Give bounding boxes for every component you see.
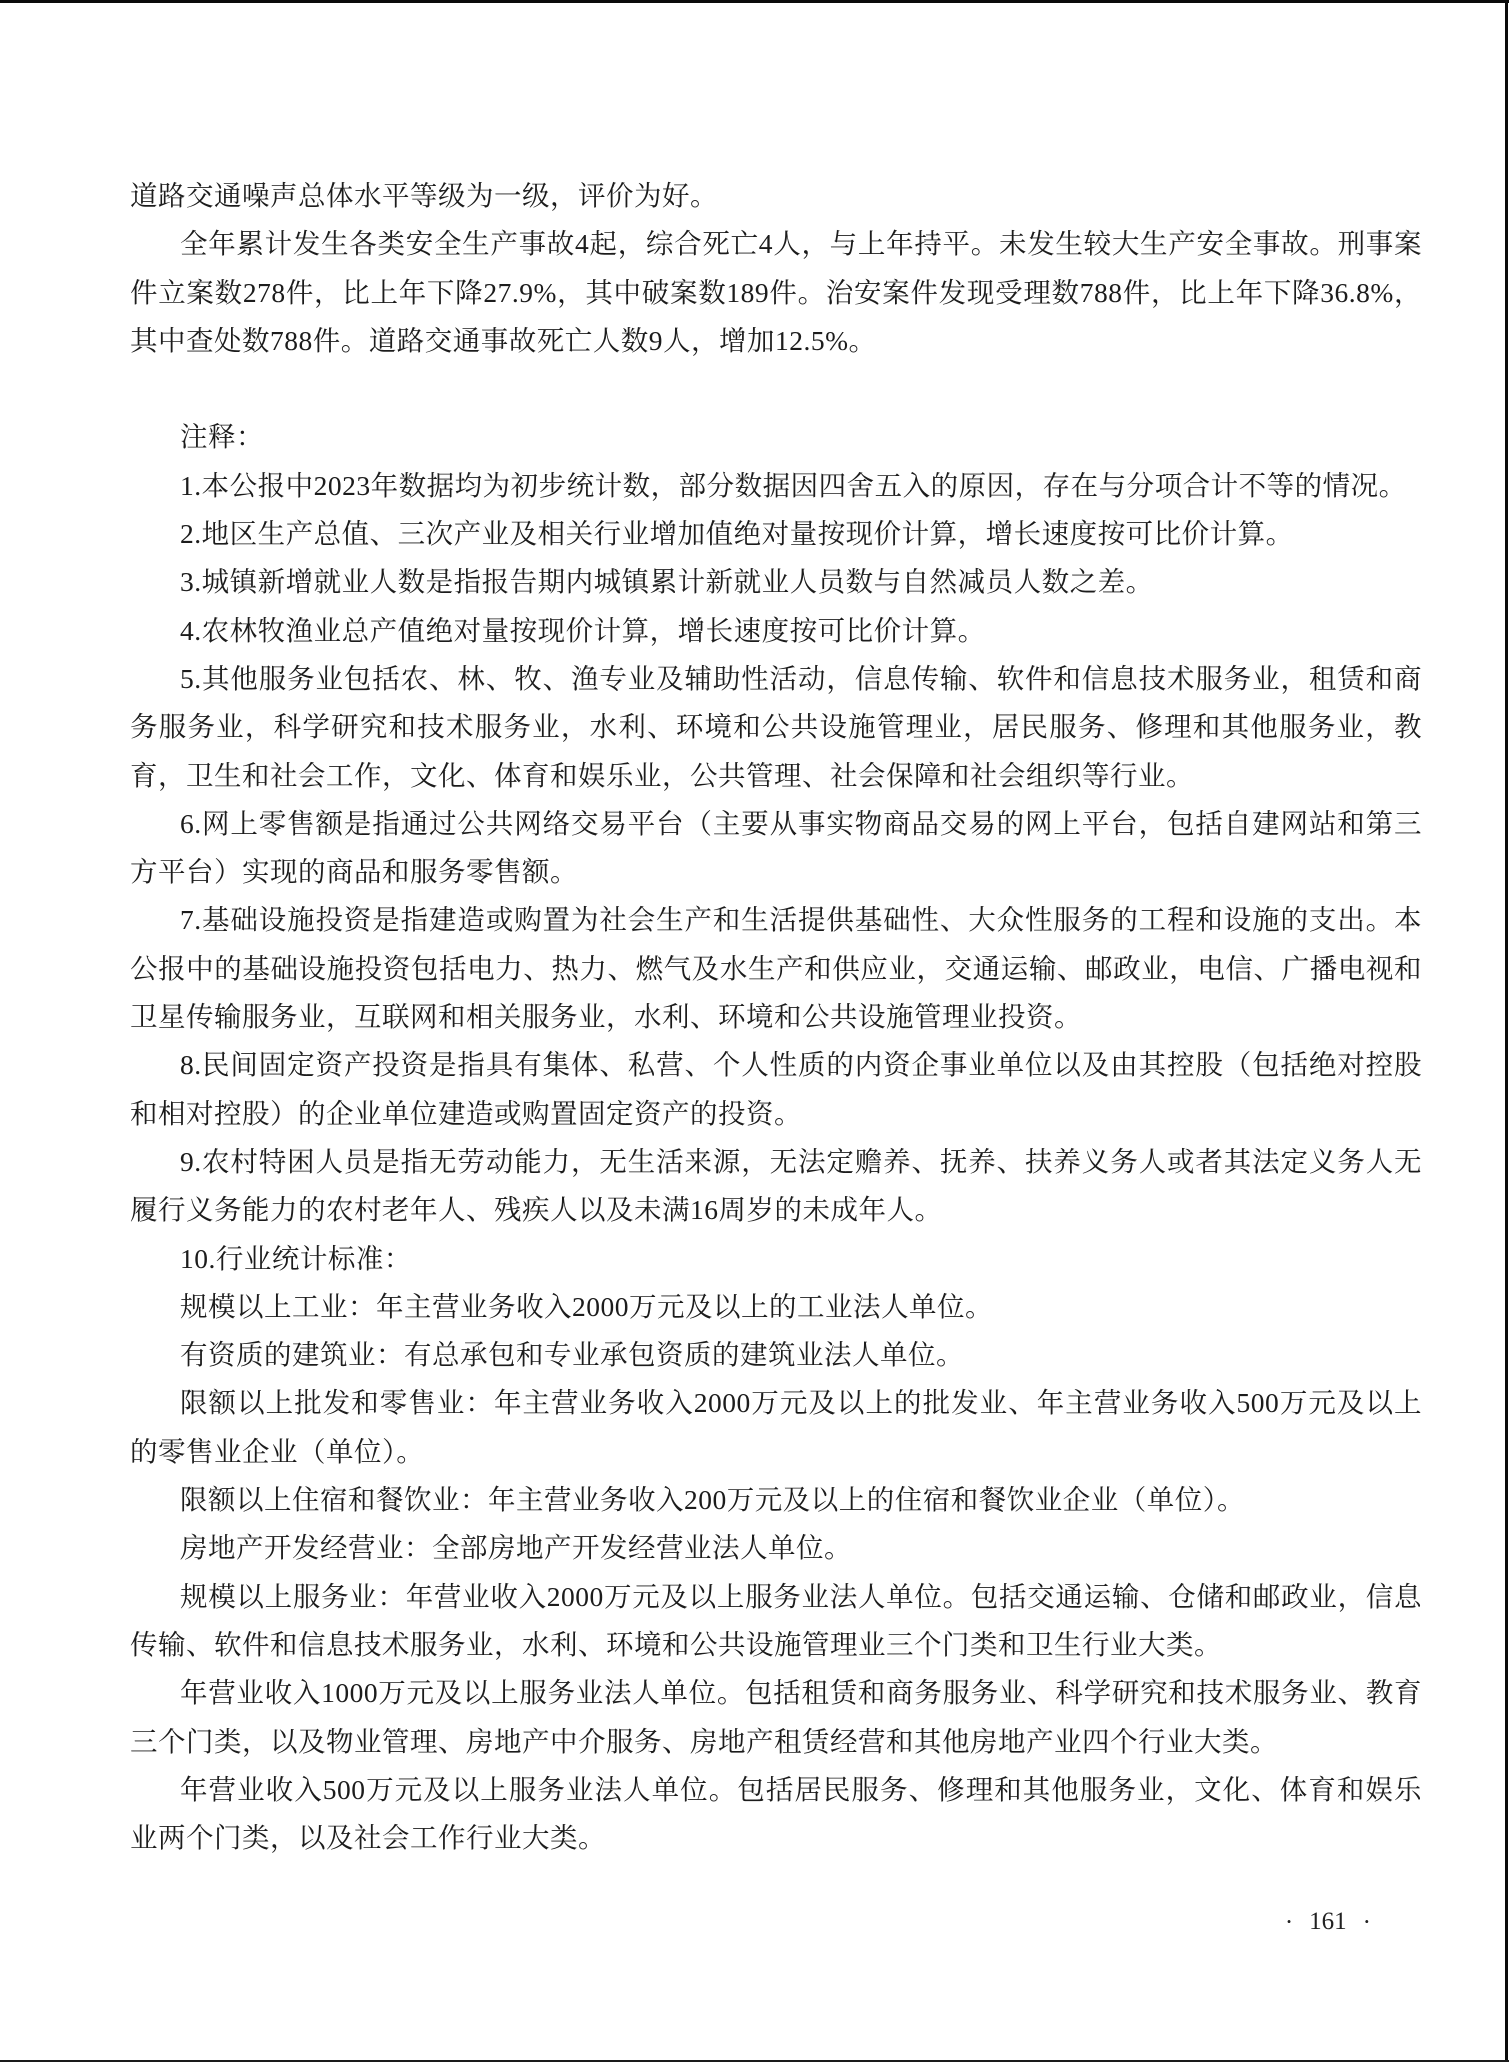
note-10-sub-wholesale: 限额以上批发和零售业：年主营业务收入2000万元及以上的批发业、年主营业务收入5… [130, 1379, 1422, 1476]
note-2: 2.地区生产总值、三次产业及相关行业增加值绝对量按现价计算，增长速度按可比价计算… [130, 510, 1422, 558]
note-10-sub-realestate: 房地产开发经营业：全部房地产开发经营业法人单位。 [130, 1524, 1422, 1572]
footer-left-dot: · [1285, 1910, 1293, 1935]
page-body: 道路交通噪声总体水平等级为一级，评价为好。 全年累计发生各类安全生产事故4起，综… [130, 172, 1422, 1862]
footer-right-dot: · [1363, 1910, 1371, 1935]
note-8: 8.民间固定资产投资是指具有集体、私营、个人性质的内资企事业单位以及由其控股（包… [130, 1041, 1422, 1138]
note-10-sub-industry: 规模以上工业：年主营业务收入2000万元及以上的工业法人单位。 [130, 1283, 1422, 1331]
page-number: 161 [1309, 1908, 1347, 1936]
note-6: 6.网上零售额是指通过公共网络交易平台（主要从事实物商品交易的网上平台，包括自建… [130, 800, 1422, 897]
note-9: 9.农村特困人员是指无劳动能力，无生活来源，无法定赡养、抚养、扶养义务人或者其法… [130, 1138, 1422, 1235]
note-1: 1.本公报中2023年数据均为初步统计数，部分数据因四舍五入的原因，存在与分项合… [130, 462, 1422, 510]
note-10-sub-service-1000: 年营业收入1000万元及以上服务业法人单位。包括租赁和商务服务业、科学研究和技术… [130, 1669, 1422, 1766]
note-10-sub-construction: 有资质的建筑业：有总承包和专业承包资质的建筑业法人单位。 [130, 1331, 1422, 1379]
note-10-sub-service-2000: 规模以上服务业：年营业收入2000万元及以上服务业法人单位。包括交通运输、仓储和… [130, 1573, 1422, 1670]
para-safety-accidents: 全年累计发生各类安全生产事故4起，综合死亡4人，与上年持平。未发生较大生产安全事… [130, 220, 1422, 365]
note-10-sub-service-500: 年营业收入500万元及以上服务业法人单位。包括居民服务、修理和其他服务业，文化、… [130, 1766, 1422, 1863]
note-10: 10.行业统计标准： [130, 1235, 1422, 1283]
notes-title: 注释： [130, 413, 1422, 461]
page-footer: · 161 · [1285, 1908, 1371, 1936]
note-7: 7.基础设施投资是指建造或购置为社会生产和生活提供基础性、大众性服务的工程和设施… [130, 896, 1422, 1041]
note-3: 3.城镇新增就业人数是指报告期内城镇累计新就业人员数与自然减员人数之差。 [130, 558, 1422, 606]
note-4: 4.农林牧渔业总产值绝对量按现价计算，增长速度按可比价计算。 [130, 607, 1422, 655]
scan-border-top [0, 0, 1509, 3]
scan-border-right [1505, 0, 1508, 2062]
note-10-sub-hotel: 限额以上住宿和餐饮业：年主营业务收入200万元及以上的住宿和餐饮业企业（单位）。 [130, 1476, 1422, 1524]
document-page: 道路交通噪声总体水平等级为一级，评价为好。 全年累计发生各类安全生产事故4起，综… [0, 0, 1509, 2062]
para-road-noise: 道路交通噪声总体水平等级为一级，评价为好。 [130, 172, 1422, 220]
note-5: 5.其他服务业包括农、林、牧、渔专业及辅助性活动，信息传输、软件和信息技术服务业… [130, 655, 1422, 800]
